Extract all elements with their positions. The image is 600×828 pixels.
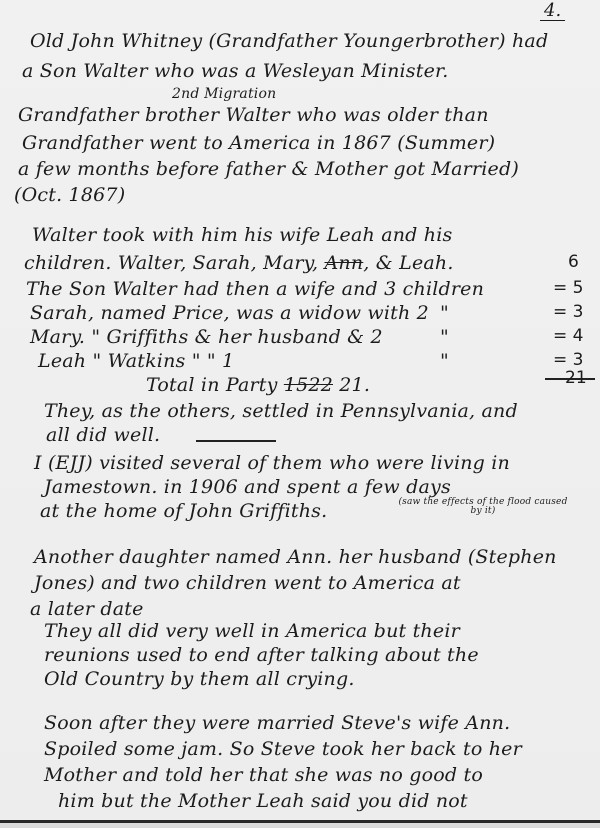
line-2: a Son Walter who was a Wesleyan Minister… — [22, 60, 448, 82]
line-26: Spoiled some jam. So Steve took her back… — [44, 738, 522, 760]
line-1: Old John Whitney (Grandfather Youngerbro… — [30, 30, 548, 52]
tally-row: = 3 — [553, 350, 583, 370]
line-14: They, as the others, settled in Pennsylv… — [44, 400, 518, 422]
line-6: (Oct. 1867) — [14, 184, 125, 206]
total-value: 21. — [339, 374, 370, 396]
line-28: him but the Mother Leah said you did not — [58, 790, 468, 812]
line-16: I (EJJ) visited several of them who were… — [34, 452, 510, 474]
line-18: at the home of John Griffiths. — [40, 500, 327, 522]
line-20: Jones) and two children went to America … — [34, 572, 461, 594]
total-label: Total in Party — [146, 374, 278, 396]
line-10-sarah: Sarah, named Price, was a widow with 2 — [30, 302, 429, 324]
line-19: Another daughter named Ann. her husband … — [34, 546, 557, 568]
line-17: Jamestown. in 1906 and spent a few days — [44, 476, 451, 498]
line-5: a few months before father & Mother got … — [18, 158, 519, 180]
line-22: They all did very well in America but th… — [44, 620, 460, 642]
ditto-mark: " — [440, 302, 449, 324]
page-number: 4. — [540, 2, 565, 21]
tally-row: = 4 — [553, 326, 583, 346]
margin-annotation: (saw the effects of the flood caused by … — [398, 498, 568, 516]
tally-total: 21 — [565, 368, 587, 388]
line-3: Grandfather brother Walter who was older… — [18, 104, 489, 126]
line-9: The Son Walter had then a wife and 3 chi… — [26, 278, 484, 300]
line-21: a later date — [30, 598, 144, 620]
line-8: children. Walter, Sarah, Mary, Ann, & Le… — [24, 252, 454, 274]
total-in-party: Total in Party 1522 21. — [146, 374, 370, 396]
line-24: Old Country by them all crying. — [44, 668, 355, 690]
line-11-mary: Mary. " Griffiths & her husband & 2 — [30, 326, 383, 348]
line-7: Walter took with him his wife Leah and h… — [32, 224, 452, 246]
line-27: Mother and told her that she was no good… — [44, 764, 483, 786]
tally-row: 6 — [568, 252, 579, 272]
total-struck: 1522 — [284, 374, 333, 396]
ditto-mark: " — [440, 350, 449, 372]
struck-name: Ann — [325, 252, 364, 274]
manuscript-page: 4. Old John Whitney (Grandfather Younger… — [0, 0, 600, 820]
heading-2nd-migration: 2nd Migration — [172, 86, 276, 102]
tally-row: = 5 — [553, 278, 583, 298]
ditto-mark: " — [440, 326, 449, 348]
line-23: reunions used to end after talking about… — [44, 644, 479, 666]
separator-stroke — [196, 440, 276, 442]
scan-background — [0, 823, 600, 828]
children-list-text: children. Walter, Sarah, Mary, Ann, & Le… — [24, 252, 454, 274]
line-4: Grandfather went to America in 1867 (Sum… — [22, 132, 495, 154]
line-15: all did well. — [46, 424, 160, 446]
line-25: Soon after they were married Steve's wif… — [44, 712, 510, 734]
line-12-leah: Leah " Watkins " " 1 — [38, 350, 234, 372]
tally-row: = 3 — [553, 302, 583, 322]
